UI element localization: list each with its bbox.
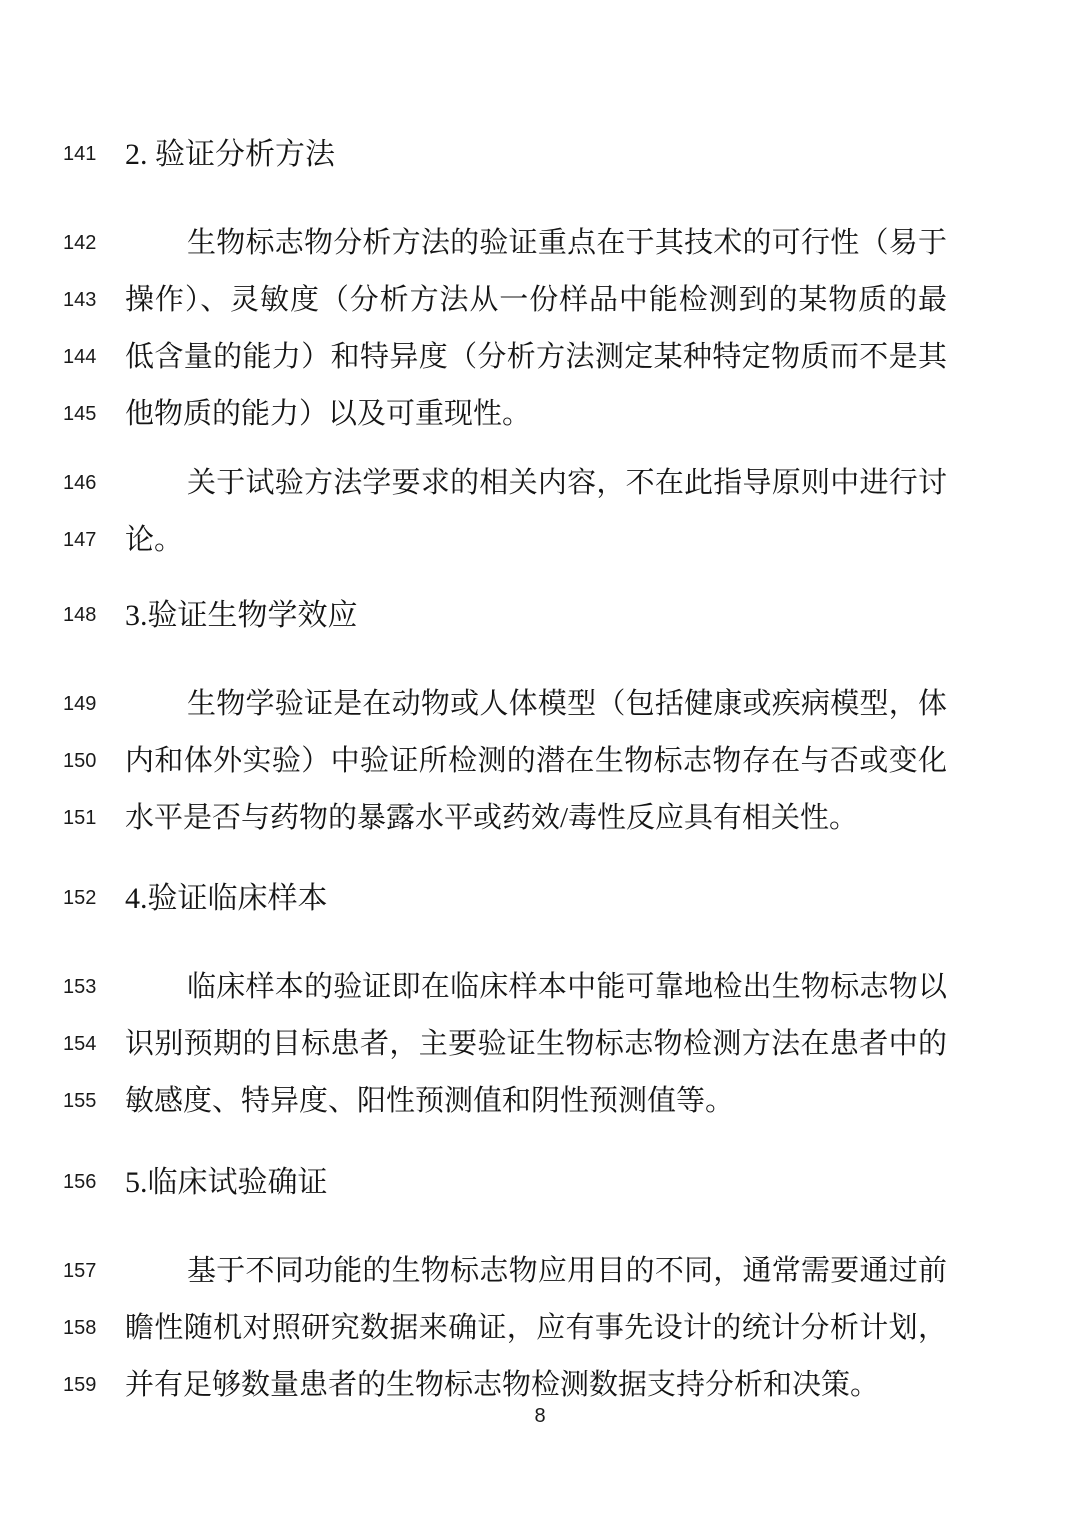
section-heading-line: 152 4.验证临床样本 xyxy=(0,870,1080,927)
line-number: 153 xyxy=(0,959,125,1016)
line-number: 149 xyxy=(0,676,125,733)
document-page: 141 2. 验证分析方法 142 生物标志物分析方法的验证重点在于其技术的可行… xyxy=(0,0,1080,1528)
body-line: 143 操作）、灵敏度（分析方法从一份样品中能检测到的某物质的最 xyxy=(0,272,1080,329)
body-text: 关于试验方法学要求的相关内容，不在此指导原则中进行讨 xyxy=(125,455,947,512)
body-text: 论。 xyxy=(125,512,947,569)
body-text: 他物质的能力）以及可重现性。 xyxy=(125,386,947,443)
body-text: 瞻性随机对照研究数据来确证，应有事先设计的统计分析计划， xyxy=(125,1300,947,1357)
body-line: 146 关于试验方法学要求的相关内容，不在此指导原则中进行讨 xyxy=(0,455,1080,512)
line-number: 146 xyxy=(0,455,125,512)
section-heading-text: 4.验证临床样本 xyxy=(125,870,947,927)
line-number: 144 xyxy=(0,329,125,386)
section-heading-line: 156 5.临床试验确证 xyxy=(0,1154,1080,1211)
body-line: 158 瞻性随机对照研究数据来确证，应有事先设计的统计分析计划， xyxy=(0,1300,1080,1357)
body-text: 生物标志物分析方法的验证重点在于其技术的可行性（易于 xyxy=(125,215,947,272)
line-number: 156 xyxy=(0,1154,125,1211)
line-number: 152 xyxy=(0,870,125,927)
page-number: 8 xyxy=(0,1405,1080,1428)
line-number: 150 xyxy=(0,733,125,790)
body-line: 149 生物学验证是在动物或人体模型（包括健康或疾病模型，体 xyxy=(0,676,1080,733)
body-line: 147 论。 xyxy=(0,512,1080,569)
body-line: 145 他物质的能力）以及可重现性。 xyxy=(0,386,1080,443)
line-number: 143 xyxy=(0,272,125,329)
line-number: 155 xyxy=(0,1073,125,1130)
section-heading-text: 3.验证生物学效应 xyxy=(125,587,947,644)
body-line: 157 基于不同功能的生物标志物应用目的不同，通常需要通过前 xyxy=(0,1243,1080,1300)
section-heading-text: 5.临床试验确证 xyxy=(125,1154,947,1211)
line-number: 154 xyxy=(0,1016,125,1073)
body-line: 142 生物标志物分析方法的验证重点在于其技术的可行性（易于 xyxy=(0,215,1080,272)
body-line: 153 临床样本的验证即在临床样本中能可靠地检出生物标志物以 xyxy=(0,959,1080,1016)
line-number: 148 xyxy=(0,587,125,644)
section-heading-text: 2. 验证分析方法 xyxy=(125,126,947,183)
body-text: 基于不同功能的生物标志物应用目的不同，通常需要通过前 xyxy=(125,1243,947,1300)
line-number: 151 xyxy=(0,790,125,847)
line-number: 147 xyxy=(0,512,125,569)
section-heading-line: 148 3.验证生物学效应 xyxy=(0,587,1080,644)
body-text: 操作）、灵敏度（分析方法从一份样品中能检测到的某物质的最 xyxy=(125,272,947,329)
line-number: 142 xyxy=(0,215,125,272)
body-text: 敏感度、特异度、阳性预测值和阴性预测值等。 xyxy=(125,1073,947,1130)
body-line: 151 水平是否与药物的暴露水平或药效/毒性反应具有相关性。 xyxy=(0,790,1080,847)
line-number: 141 xyxy=(0,126,125,183)
line-number: 145 xyxy=(0,386,125,443)
body-text: 生物学验证是在动物或人体模型（包括健康或疾病模型，体 xyxy=(125,676,947,733)
body-line: 154 识别预期的目标患者，主要验证生物标志物检测方法在患者中的 xyxy=(0,1016,1080,1073)
line-number: 157 xyxy=(0,1243,125,1300)
section-heading-line: 141 2. 验证分析方法 xyxy=(0,126,1080,183)
body-text: 水平是否与药物的暴露水平或药效/毒性反应具有相关性。 xyxy=(125,790,947,847)
body-line: 144 低含量的能力）和特异度（分析方法测定某种特定物质而不是其 xyxy=(0,329,1080,386)
body-text: 识别预期的目标患者，主要验证生物标志物检测方法在患者中的 xyxy=(125,1016,947,1073)
body-line: 150 内和体外实验）中验证所检测的潜在生物标志物存在与否或变化 xyxy=(0,733,1080,790)
body-text: 低含量的能力）和特异度（分析方法测定某种特定物质而不是其 xyxy=(125,329,947,386)
body-text: 临床样本的验证即在临床样本中能可靠地检出生物标志物以 xyxy=(125,959,947,1016)
body-line: 155 敏感度、特异度、阳性预测值和阴性预测值等。 xyxy=(0,1073,1080,1130)
line-number: 158 xyxy=(0,1300,125,1357)
body-text: 内和体外实验）中验证所检测的潜在生物标志物存在与否或变化 xyxy=(125,733,947,790)
